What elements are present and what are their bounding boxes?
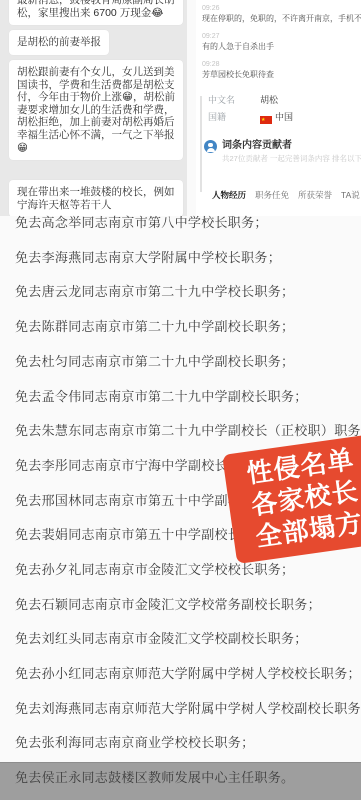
removal-item: 免去陈群同志南京市第二十九中学副校长职务； (15, 319, 361, 335)
contributors-section[interactable]: 词条内容贡献者 共27位贡献者 一起完善词条内容 排名以下人士… (204, 139, 361, 164)
removal-item: 免去刘红头同志南京市金陵汇文学校副校长职务； (15, 631, 361, 647)
removal-item: 免去石颖同志南京市金陵汇文学校常务副校长职务； (15, 597, 361, 613)
panel-divider (200, 96, 202, 192)
info-value: 中国 (275, 112, 293, 122)
chat-message: 是胡松的前妻举报 (9, 30, 109, 55)
chat-message: 胡松跟前妻有个女儿，女儿送到美国读书，学费和生活费都是胡松支付，今年由于物价上涨… (9, 60, 183, 160)
contributors-subtitle: 共27位贡献者 一起完善词条内容 排名以下人士… (222, 153, 361, 164)
post-text: 现在停职的，免职的，不许离开南京，手机不能停机，随叫随到，再处… (202, 13, 361, 24)
removal-item: 免去孙小红同志南京师范大学附属中学树人学校校长职务； (15, 666, 361, 682)
china-flag-icon: ★ (260, 116, 272, 124)
post-item: 09:28 芳草园校长免职待查 (202, 61, 361, 80)
removal-item: 免去杜匀同志南京市第二十九中学副校长职务； (15, 354, 361, 370)
removal-item: 免去张利海同志南京商业学校校长职务； (15, 735, 361, 751)
contributors-title: 词条内容贡献者 (222, 139, 361, 153)
post-item: 09:27 有的人急于自杀出手 (202, 33, 361, 52)
post-text: 芳草园校长免职待查 (202, 69, 361, 80)
removal-item: 免去李海燕同志南京大学附属中学校长职务； (15, 250, 361, 266)
contributor-avatar-icon (204, 140, 217, 153)
chat-panel: 最新消息，鼓楼教育局原副局长胡松，家里搜出来 6700 万现金😂 是胡松的前妻举… (0, 0, 187, 216)
profile-tabs: 人物经历 职务任免 所获荣誉 TA说 (212, 189, 360, 201)
tab-honors[interactable]: 所获荣誉 (298, 189, 332, 201)
removal-item: 免去孙夕礼同志南京市金陵汇文学校校长职务； (15, 562, 361, 578)
chat-message: 现在带出来一堆鼓楼的校长，例如宁海许天枢等若干人 (9, 180, 183, 216)
tab-appointments[interactable]: 职务任免 (255, 189, 289, 201)
removal-item: 免去朱慧东同志南京市第二十九中学副校长（正校职）职务； (15, 423, 361, 439)
profile-panel: 09:26 现在停职的，免职的，不许离开南京，手机不能停机，随叫随到，再处… 0… (196, 0, 361, 216)
info-row-chinese-name: 中文名胡松 (208, 93, 278, 106)
tab-ta-says[interactable]: TA说 (341, 189, 360, 201)
post-text: 有的人急于自杀出手 (202, 41, 361, 52)
removal-item: 免去侯正永同志鼓楼区教师发展中心主任职务。 (15, 770, 361, 786)
info-label: 国籍 (208, 110, 260, 123)
info-label: 中文名 (208, 93, 260, 106)
post-item: 09:26 现在停职的，免职的，不许离开南京，手机不能停机，随叫随到，再处… (202, 5, 361, 24)
removal-item: 免去高念举同志南京市第八中学校长职务； (15, 215, 361, 231)
post-meta: 09:26 (202, 5, 361, 13)
removal-item: 免去孟令伟同志南京市第二十九中学副校长职务； (15, 389, 361, 405)
screenshot-canvas: 最新消息，鼓楼教育局原副局长胡松，家里搜出来 6700 万现金😂 是胡松的前妻举… (0, 0, 361, 800)
removal-item: 免去刘海燕同志南京师范大学附属中学树人学校副校长职务； (15, 701, 361, 717)
info-value: 胡松 (260, 95, 278, 105)
red-stamp-overlay: 性侵名单 各家校长 全部塌方 (222, 434, 361, 564)
post-meta: 09:28 (202, 61, 361, 69)
removal-item: 免去唐云龙同志南京市第二十九中学校长职务； (15, 284, 361, 300)
chat-message: 最新消息，鼓楼教育局原副局长胡松，家里搜出来 6700 万现金😂 (9, 0, 183, 25)
post-meta: 09:27 (202, 33, 361, 41)
tab-experience[interactable]: 人物经历 (212, 189, 246, 201)
info-row-nationality: 国籍★中国 (208, 110, 293, 124)
